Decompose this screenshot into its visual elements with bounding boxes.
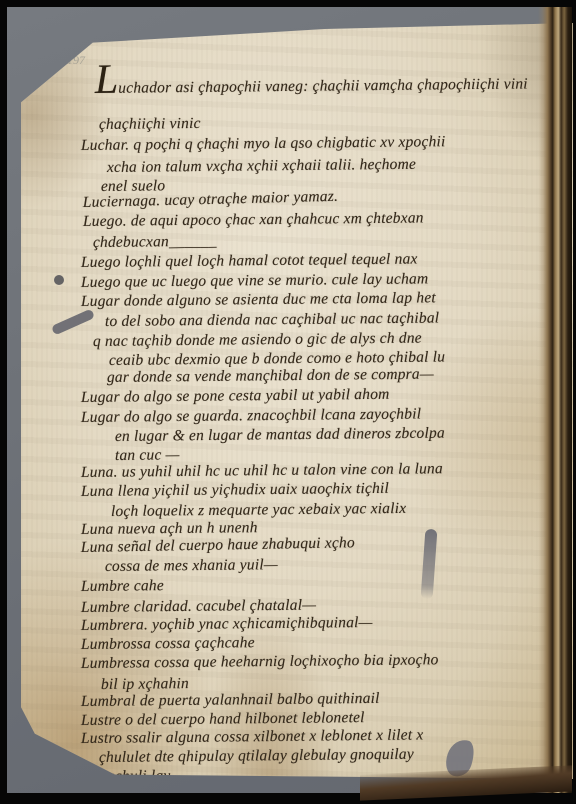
book-spine-gutter xyxy=(538,7,572,793)
manuscript-page: Luchador asi çhapoçhii vaneg: çhaçhii va… xyxy=(21,23,573,779)
ink-smudge-mark xyxy=(51,308,95,335)
photo-frame: Luchador asi çhapoçhii vaneg: çhaçhii va… xyxy=(0,0,576,804)
ink-smudge-mark xyxy=(421,529,438,600)
backdrop: Luchador asi çhapoçhii vaneg: çhaçhii va… xyxy=(7,7,572,793)
ink-smudge-mark xyxy=(54,275,64,285)
pencil-folio-number: 197 xyxy=(67,53,97,69)
marks-layer: 197 xyxy=(21,23,573,779)
